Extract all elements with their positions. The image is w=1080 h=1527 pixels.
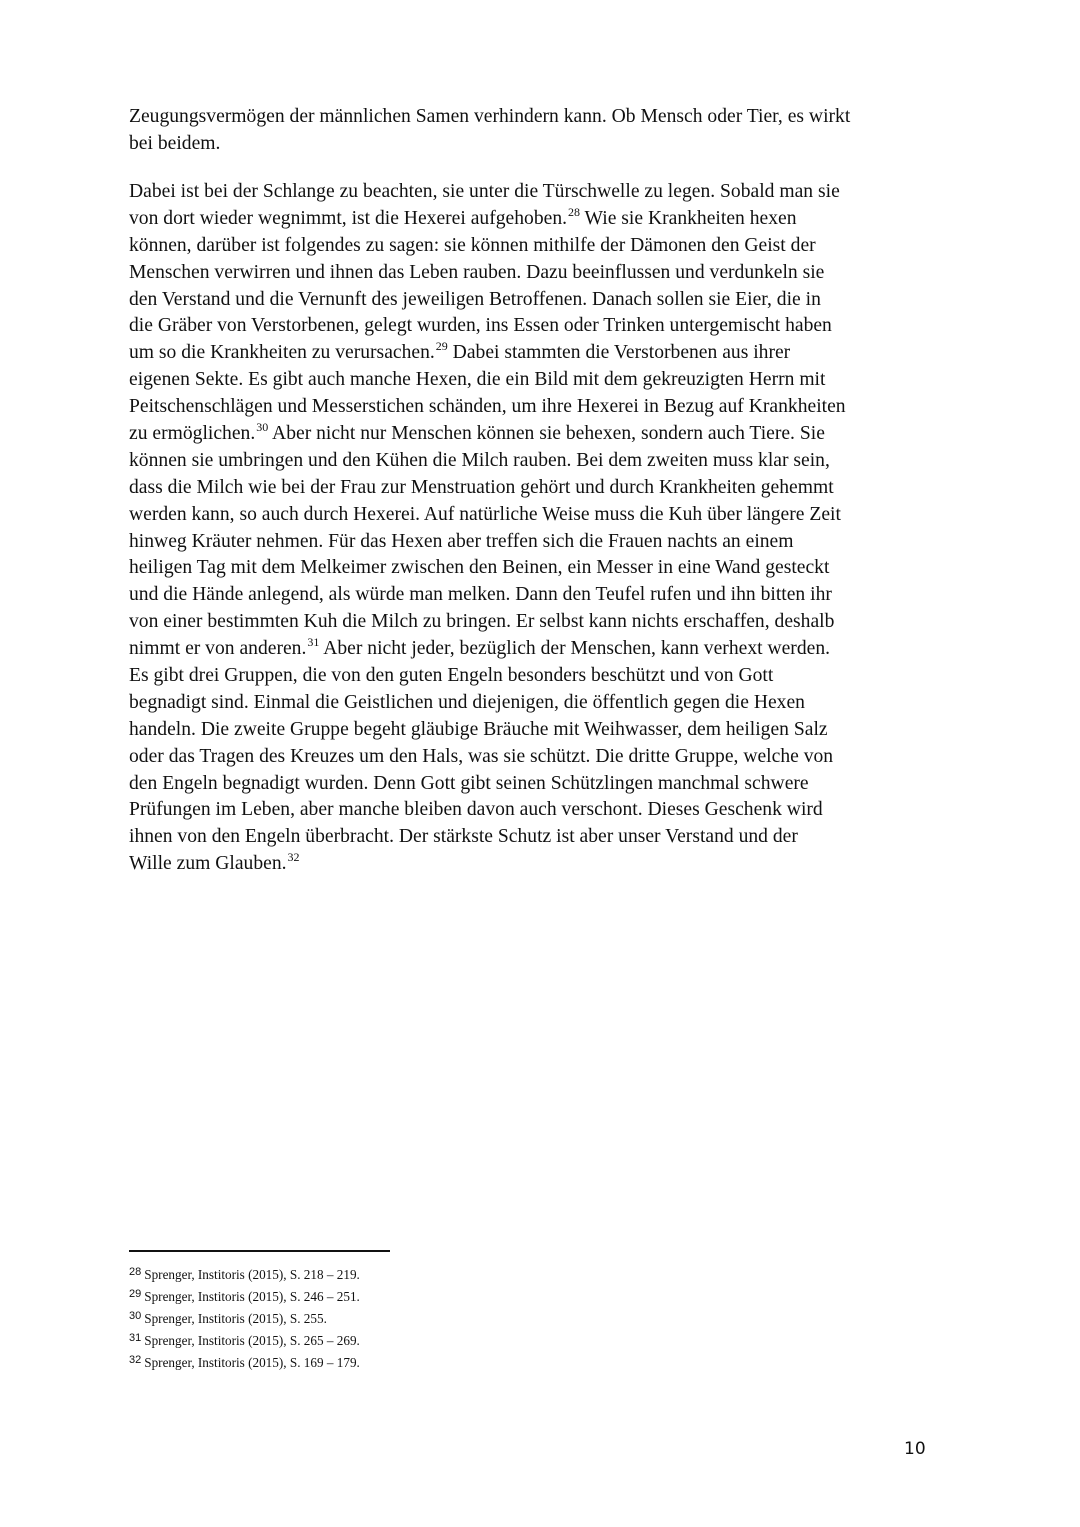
footnote-text: Sprenger, Institoris (2015), S. 265 – 26… — [144, 1333, 360, 1348]
text-line: nimmt er von anderen.31 Aber nicht jeder… — [129, 636, 949, 663]
footnote-text: Sprenger, Institoris (2015), S. 169 – 17… — [144, 1355, 360, 1370]
text-line: den Engeln begnadigt wurden. Denn Gott g… — [129, 771, 949, 798]
text-line: die Gräber von Verstorbenen, gelegt wurd… — [129, 313, 949, 340]
footnote-reference-30[interactable]: 30 — [256, 420, 268, 434]
footnote-number: 28 — [129, 1266, 141, 1278]
footnote-30: 30Sprenger, Institoris (2015), S. 255. — [129, 1308, 360, 1330]
footnote-number: 30 — [129, 1310, 141, 1322]
text-line: werden kann, so auch durch Hexerei. Auf … — [129, 502, 949, 529]
footnote-separator — [129, 1250, 390, 1252]
text-line: begnadigt sind. Einmal die Geistlichen u… — [129, 690, 949, 717]
text-line: bei beidem. — [129, 131, 949, 158]
footnote-31: 31Sprenger, Institoris (2015), S. 265 – … — [129, 1330, 360, 1352]
footnote-text: Sprenger, Institoris (2015), S. 255. — [144, 1311, 327, 1326]
footnote-number: 31 — [129, 1332, 141, 1344]
text-line: Menschen verwirren und ihnen das Leben r… — [129, 260, 949, 287]
footnote-reference-28[interactable]: 28 — [568, 205, 580, 219]
text-segment: Dabei stammten die Verstorbenen aus ihre… — [448, 342, 790, 363]
footnote-reference-29[interactable]: 29 — [436, 339, 448, 353]
text-line: oder das Tragen des Kreuzes um den Hals,… — [129, 744, 949, 771]
text-line: zu ermöglichen.30 Aber nicht nur Mensche… — [129, 421, 949, 448]
text-line: Es gibt drei Gruppen, die von den guten … — [129, 663, 949, 690]
document-page: Zeugungsvermögen der männlichen Samen ve… — [0, 0, 1080, 1527]
paragraph-1: Zeugungsvermögen der männlichen Samen ve… — [129, 104, 949, 158]
footnote-28: 28Sprenger, Institoris (2015), S. 218 – … — [129, 1264, 360, 1286]
footnote-29: 29Sprenger, Institoris (2015), S. 246 – … — [129, 1286, 360, 1308]
text-line: handeln. Die zweite Gruppe begeht gläubi… — [129, 717, 949, 744]
text-segment: um so die Krankheiten zu verursachen. — [129, 342, 435, 363]
text-segment: Aber nicht jeder, bezüglich der Menschen… — [319, 638, 830, 659]
text-segment: zu ermöglichen. — [129, 423, 255, 444]
text-line: hinweg Kräuter nehmen. Für das Hexen abe… — [129, 529, 949, 556]
text-line: Peitschenschlägen und Messerstichen schä… — [129, 394, 949, 421]
text-line: und die Hände anlegend, als würde man me… — [129, 582, 949, 609]
text-line: können sie umbringen und den Kühen die M… — [129, 448, 949, 475]
text-line: heiligen Tag mit dem Melkeimer zwischen … — [129, 555, 949, 582]
text-line: eigenen Sekte. Es gibt auch manche Hexen… — [129, 367, 949, 394]
text-line: Prüfungen im Leben, aber manche bleiben … — [129, 797, 949, 824]
text-line: können, darüber ist folgendes zu sagen: … — [129, 233, 949, 260]
paragraph-2: Dabei ist bei der Schlange zu beachten, … — [129, 179, 949, 878]
page-number: 10 — [904, 1438, 926, 1460]
footnote-reference-31[interactable]: 31 — [307, 635, 319, 649]
text-line: dass die Milch wie bei der Frau zur Mens… — [129, 475, 949, 502]
text-line: Wille zum Glauben.32 — [129, 851, 949, 878]
footnote-text: Sprenger, Institoris (2015), S. 246 – 25… — [144, 1289, 360, 1304]
footnotes-section: 28Sprenger, Institoris (2015), S. 218 – … — [129, 1264, 360, 1374]
footnote-number: 32 — [129, 1354, 141, 1366]
text-line: Zeugungsvermögen der männlichen Samen ve… — [129, 104, 949, 131]
text-segment: Wille zum Glauben. — [129, 853, 287, 874]
text-line: ihnen von den Engeln überbracht. Der stä… — [129, 824, 949, 851]
text-line: Dabei ist bei der Schlange zu beachten, … — [129, 179, 949, 206]
text-segment: Aber nicht nur Menschen können sie behex… — [268, 423, 825, 444]
text-line: den Verstand und die Vernunft des jeweil… — [129, 287, 949, 314]
footnote-text: Sprenger, Institoris (2015), S. 218 – 21… — [144, 1267, 360, 1282]
footnote-number: 29 — [129, 1288, 141, 1300]
text-line: von dort wieder wegnimmt, ist die Hexere… — [129, 206, 949, 233]
footnote-reference-32[interactable]: 32 — [288, 850, 300, 864]
text-segment: Wie sie Krankheiten hexen — [580, 208, 796, 229]
text-line: um so die Krankheiten zu verursachen.29 … — [129, 340, 949, 367]
footnote-32: 32Sprenger, Institoris (2015), S. 169 – … — [129, 1352, 360, 1374]
text-line: von einer bestimmten Kuh die Milch zu br… — [129, 609, 949, 636]
text-segment: von dort wieder wegnimmt, ist die Hexere… — [129, 208, 567, 229]
text-segment: nimmt er von anderen. — [129, 638, 306, 659]
